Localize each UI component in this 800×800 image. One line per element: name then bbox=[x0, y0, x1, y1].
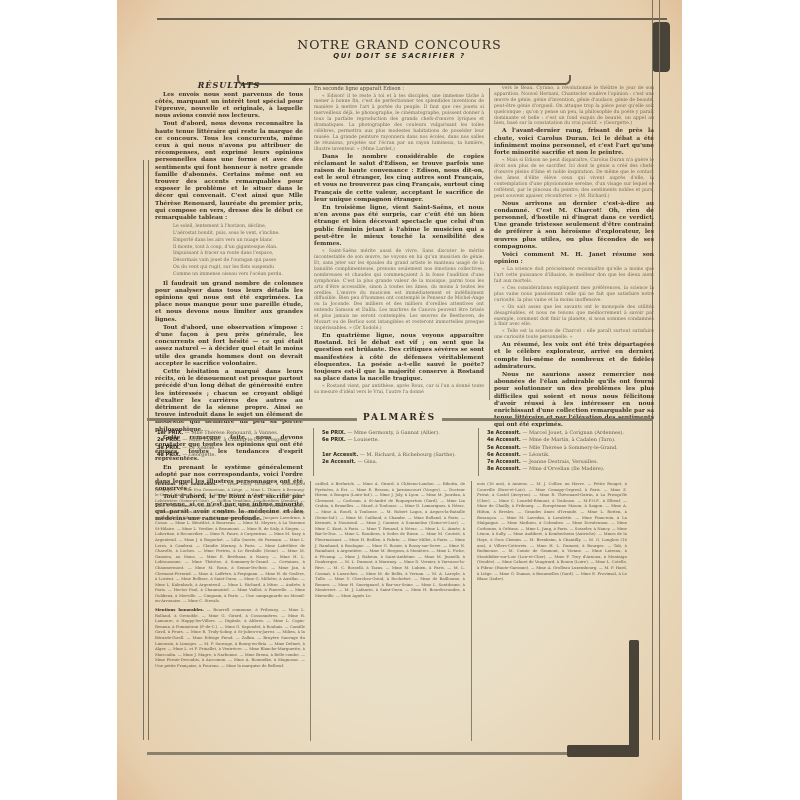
paragraph: Désormais vain jouet de l'ouragan qui pa… bbox=[155, 258, 303, 264]
column-divider-2 bbox=[489, 88, 490, 400]
prize-rank: 5e Accessit. bbox=[487, 445, 521, 451]
prize-rank: 6e PRIX. bbox=[322, 437, 346, 443]
prize-entry: 4e Accessit. — Mme de Martin, à Cadalen … bbox=[487, 437, 624, 444]
prize-rank: 1er Accessit. bbox=[322, 452, 358, 458]
prize-winner: — M. Richard, à Richebourg (Sarthe). bbox=[358, 452, 456, 458]
results-column-2: En seconde ligne apparaît Edison : « Edi… bbox=[314, 86, 484, 397]
prize-entry: 5e PRIX. — Mme Germonty, à Gannat (Allie… bbox=[322, 430, 456, 437]
paragraph: A l'avant-dernier rang, frisant de près … bbox=[494, 128, 654, 157]
paragraph: Tout d'abord, nous devons reconnaître la… bbox=[155, 121, 303, 222]
prize-list-middle: 5e PRIX. — Mme Germonty, à Gannat (Allie… bbox=[322, 430, 456, 466]
prize-rank: 3e PRIX. bbox=[157, 445, 181, 451]
prize-entry bbox=[322, 445, 456, 452]
edison-intro: En seconde ligne apparaît Edison : bbox=[314, 86, 484, 93]
prize-entry: 3e PRIX. — Dr Xodolé. bbox=[157, 445, 288, 452]
paragraph: Au résumé, les voix ont été très départa… bbox=[494, 342, 654, 371]
prize-entry: 5e Accessit. — Mlle Thérèse à Sommery-le… bbox=[487, 445, 624, 452]
prize-winner: — Marcel Jouet, à Corignan (Ardennes). bbox=[521, 430, 624, 436]
mentions-divider-2 bbox=[471, 481, 472, 741]
prize-winner: — Mlle Thérèse à Sommery-le-Grand. bbox=[521, 445, 618, 451]
frame-border-left bbox=[143, 160, 149, 740]
prize-winner: — Georgette. bbox=[181, 452, 216, 458]
page-title: NOTRE GRAND CONCOURS bbox=[117, 37, 682, 52]
prize-winner: — Léontik. bbox=[521, 452, 550, 458]
results-heading: RÉSULTATS bbox=[155, 82, 303, 89]
mentions-divider-1 bbox=[310, 481, 311, 741]
prize-rank: 4e Accessit. bbox=[487, 437, 521, 443]
mentions-column-1: Mentions très honorables. — Mme Daisy De… bbox=[155, 481, 305, 669]
prize-entry: 2e Accessit. — Gina. bbox=[322, 459, 456, 466]
paragraph: vers le Beau. Cyrano, a révolutionné le … bbox=[494, 86, 654, 127]
prize-rank: 1er PRIX. bbox=[157, 430, 183, 436]
paragraph: « Edison! il te reste à toi et à tes dis… bbox=[314, 94, 484, 153]
paragraph: Voici comment M. H. Janet résume son opi… bbox=[494, 252, 654, 266]
mentions-very-honorable: Mentions très honorables. — Mme Daisy De… bbox=[155, 481, 305, 604]
prize-list-right: 3e Accessit. — Marcel Jouet, à Corignan … bbox=[487, 430, 624, 474]
results-column-3: vers le Beau. Cyrano, a révolutionné le … bbox=[494, 86, 654, 431]
palmares-divider-2 bbox=[478, 428, 479, 476]
palmares-divider-1 bbox=[313, 428, 314, 476]
prize-winner: — Mme d'Orvellan (Ile Madère). bbox=[521, 466, 605, 472]
paragraph: « Rostand vient, par antithèse, après Ro… bbox=[314, 384, 484, 396]
mentions-column-3: nois (16 ans), à Amiens. — M. J. Collier… bbox=[477, 481, 627, 582]
column-divider-1 bbox=[309, 88, 310, 400]
prize-winner: — Mme de Martin, à Cadalen (Tarn). bbox=[521, 437, 616, 443]
page-subtitle: QUI DOIT SE SACRIFIER ? bbox=[117, 52, 682, 60]
prize-list-left: 1er PRIX. — Mlle Thérèse Renouard, à Van… bbox=[157, 430, 288, 459]
mentions-honorable: Mentions honorables. — Bourrell commune,… bbox=[155, 607, 305, 669]
prize-rank: 2e Accessit. bbox=[322, 459, 356, 465]
prize-winner: — Dr Xodolé. bbox=[181, 445, 216, 451]
prize-rank: 8e Accessit. bbox=[487, 466, 521, 472]
prize-rank: 6e Accessit. bbox=[487, 452, 521, 458]
paragraph: Cette hésitation a marqué dans leurs réc… bbox=[155, 369, 303, 434]
prize-entry: 4e PRIX. — Georgette. bbox=[157, 452, 288, 459]
prize-winner: — Gina. bbox=[356, 459, 378, 465]
paragraph: Nous arrivons au dernier c'est-à-dire au… bbox=[494, 201, 654, 251]
prize-entry: 2e PRIX. — Mme Lardet, à Champ-le-Duc (V… bbox=[157, 437, 288, 444]
paragraph: « Telle est la science de Charcot : elle… bbox=[494, 329, 654, 341]
paragraph: Impuissant à tracer sa route dans l'espa… bbox=[155, 251, 303, 257]
prize-winner: — Louisette. bbox=[346, 437, 379, 443]
paragraph: Dans le nombre considérable de copies ré… bbox=[314, 154, 484, 204]
paragraph: « Ces considérations expliquent mes préf… bbox=[494, 286, 654, 304]
paragraph: Les envois nous sont parvenus de tous cô… bbox=[155, 92, 303, 121]
prize-rank: 5e PRIX. bbox=[322, 430, 346, 436]
mentions-column-2: cailled, à Berlarick. — Mme A. Girard, à… bbox=[315, 481, 465, 598]
footer-ornament-vertical bbox=[629, 640, 639, 757]
newspaper-page: NOTRE GRAND CONCOURS QUI DOIT SE SACRIFI… bbox=[117, 0, 682, 800]
prize-winner: — Mme Germonty, à Gannat (Allier). bbox=[346, 430, 440, 436]
paragraph: Tout d'abord, une observation s'impose :… bbox=[155, 325, 303, 368]
prize-entry: 6e Accessit. — Léontik. bbox=[487, 452, 624, 459]
prize-rank: 2e PRIX. bbox=[157, 437, 181, 443]
prize-winner bbox=[322, 445, 324, 451]
prize-entry: 1er Accessit. — M. Richard, à Richebourg… bbox=[322, 452, 456, 459]
prize-rank: 3e Accessit. bbox=[487, 430, 521, 436]
paragraph: Le soleil, lentement à l'horizon, déclin… bbox=[155, 224, 303, 230]
prize-entry: 8e Accessit. — Mme d'Orvellan (Ile Madèr… bbox=[487, 466, 624, 473]
paragraph: « Mais si Edison ne peut disparaître, Ca… bbox=[494, 158, 654, 199]
palmares-title: PALMARÈS bbox=[117, 413, 682, 423]
prize-rank: 4e PRIX. bbox=[157, 452, 181, 458]
paragraph: « On sait assez que les savants ont le m… bbox=[494, 305, 654, 329]
paragraph: L'aérostat bondit, puis, sous le vent, s… bbox=[155, 231, 303, 237]
paragraph: Il faudrait un grand nombre de colonnes … bbox=[155, 281, 303, 324]
paragraph: En quatrième ligne, nous voyons apparaît… bbox=[314, 333, 484, 383]
paragraph: Emporté dans les airs vers un nuage blan… bbox=[155, 238, 303, 244]
prize-winner: — Mme Lardet, à Champ-le-Duc (Vosges). bbox=[181, 437, 289, 443]
prize-entry: 6e PRIX. — Louisette. bbox=[322, 437, 456, 444]
footer-rule bbox=[147, 752, 567, 755]
paragraph: En troisième ligne, vient Saint-Saëns, e… bbox=[314, 205, 484, 248]
paragraph: Il monte, tout à coup, d'un gigantesque … bbox=[155, 245, 303, 251]
paragraph: Ou du vent qui rugit, sur les flots susp… bbox=[155, 265, 303, 271]
prize-rank: 7e Accessit. bbox=[487, 459, 521, 465]
prize-winner: — Mlle Thérèse Renouard, à Vannes. bbox=[183, 430, 278, 436]
header-ornament-top bbox=[157, 18, 667, 26]
paragraph: « La science doit précisément reconnaîtr… bbox=[494, 267, 654, 285]
prize-winner: — Jeanne Destrais, Versailles. bbox=[521, 459, 598, 465]
paragraph: Comme un immense oiseau vers l'océan per… bbox=[155, 272, 303, 278]
paragraph: « Saint-Saëns mérite aussi de vivre. San… bbox=[314, 249, 484, 332]
